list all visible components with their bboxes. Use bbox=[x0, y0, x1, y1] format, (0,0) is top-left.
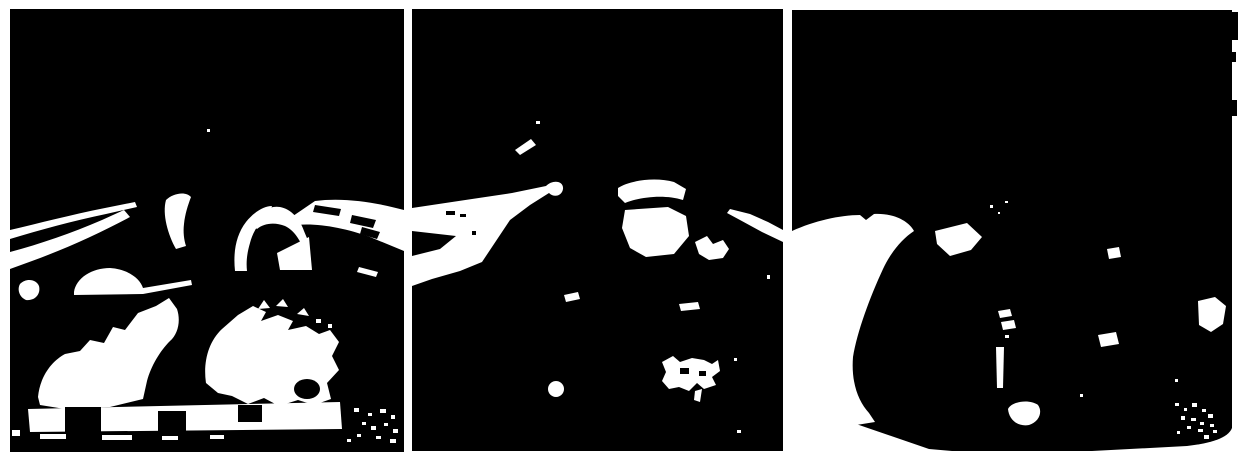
panel-edge-tick bbox=[1231, 52, 1236, 62]
panel-edge-tick bbox=[1231, 12, 1238, 40]
binary-image-panel-3 bbox=[792, 10, 1232, 451]
binary-image-3 bbox=[792, 10, 1232, 451]
binary-image-2 bbox=[412, 9, 783, 451]
figure-triptych bbox=[0, 0, 1239, 464]
binary-image-1 bbox=[10, 9, 404, 452]
binary-image-panel-1 bbox=[10, 9, 404, 452]
binary-image-panel-2 bbox=[412, 9, 783, 451]
panel-edge-tick bbox=[1231, 100, 1237, 116]
